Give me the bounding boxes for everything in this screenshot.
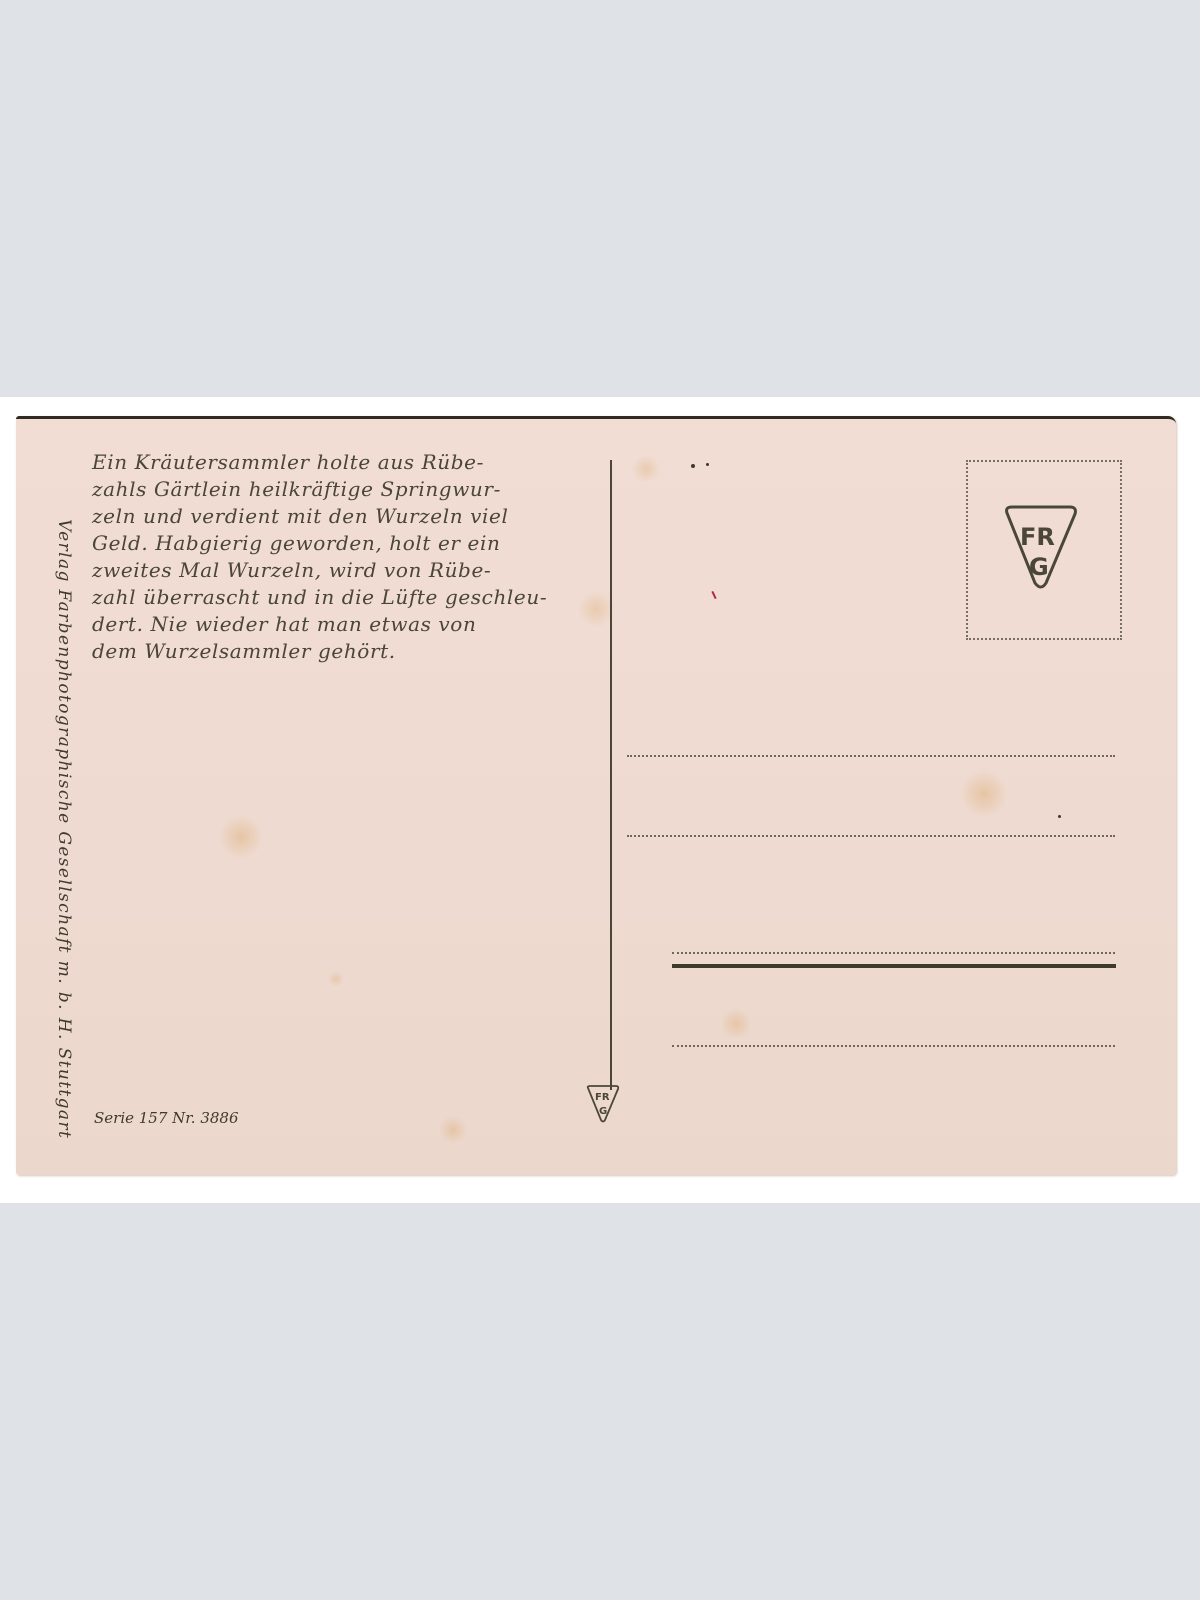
message-line: Geld. Habgierig geworden, holt er ein: [92, 530, 602, 557]
center-divider-line: [610, 460, 612, 1090]
publisher-imprint: Verlag Farbenphotographische Gesellschaf…: [48, 519, 74, 1099]
message-line: dem Wurzelsammler gehört.: [92, 638, 602, 665]
ink-speck: [1058, 815, 1061, 818]
message-line: zeln und verdient mit den Wurzeln viel: [92, 503, 602, 530]
address-line-1: [627, 755, 1115, 757]
svg-text:G: G: [1029, 553, 1049, 581]
svg-text:FR: FR: [595, 1092, 610, 1103]
serie-number: Serie 157 Nr. 3886: [94, 1109, 239, 1127]
ink-speck: [706, 463, 709, 466]
postcard-message: Ein Kräutersammler holte aus Rübe- zahls…: [92, 449, 602, 665]
address-line-solid: [672, 964, 1116, 968]
message-line: zahl überrascht und in die Lüfte geschle…: [92, 584, 602, 611]
svg-text:G: G: [599, 1106, 607, 1117]
message-line: zweites Mal Wurzeln, wird von Rübe-: [92, 557, 602, 584]
message-line: dert. Nie wieder hat man etwas von: [92, 611, 602, 638]
ink-speck: [691, 464, 695, 468]
svg-text:FR: FR: [1020, 523, 1055, 551]
postcard-back: Verlag Farbenphotographische Gesellschaf…: [16, 416, 1176, 1175]
message-line: Ein Kräutersammler holte aus Rübe-: [92, 449, 602, 476]
frg-logo-small-icon: FR G: [585, 1084, 621, 1124]
address-line-2: [627, 835, 1115, 837]
frg-logo-large-icon: FR G: [1002, 505, 1080, 591]
red-mark: [711, 591, 716, 599]
address-line-3: [672, 952, 1115, 954]
message-line: zahls Gärtlein heilkräftige Springwur-: [92, 476, 602, 503]
address-line-4: [672, 1045, 1115, 1047]
